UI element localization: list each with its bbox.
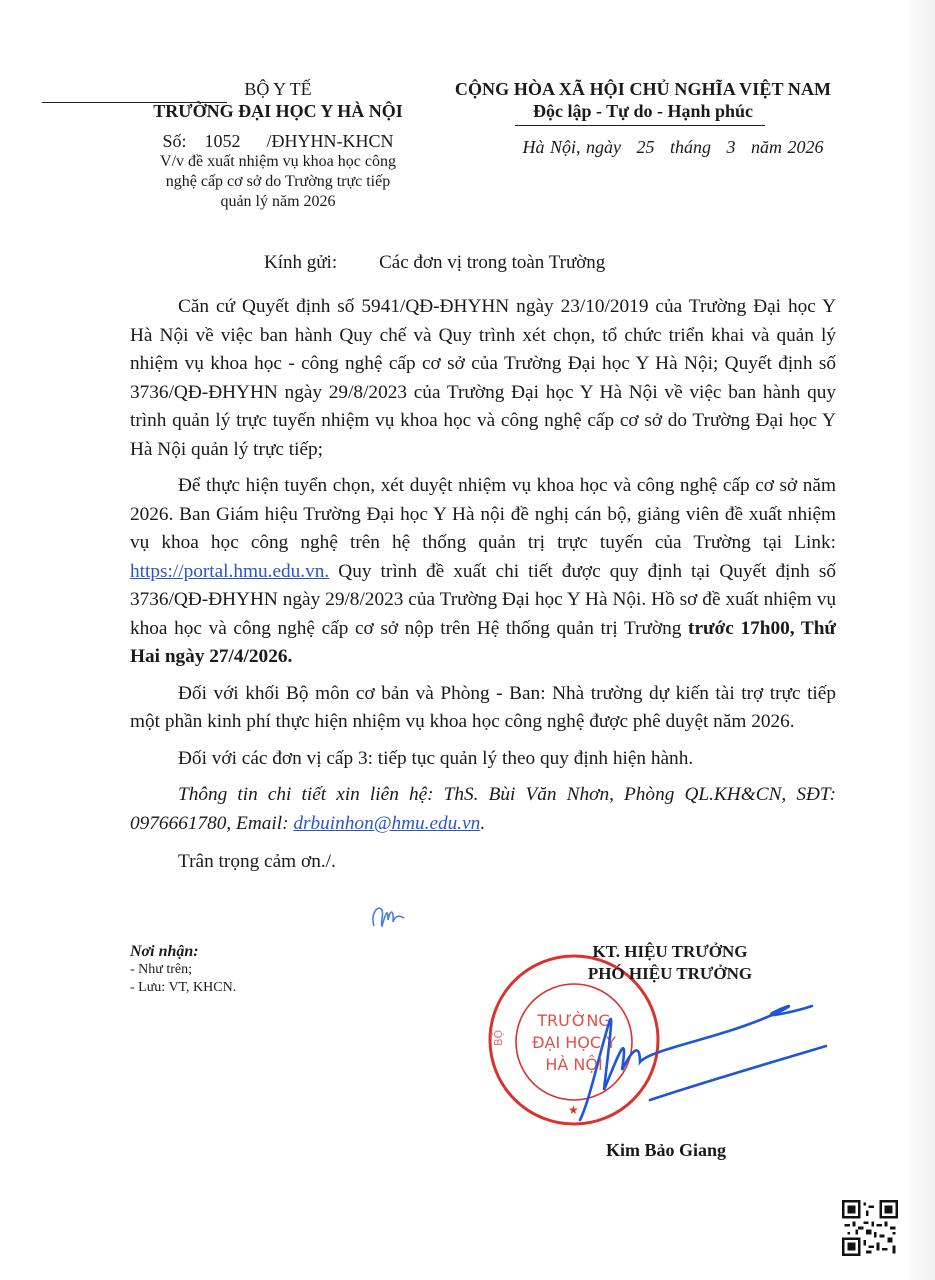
- number-label: Số:: [162, 131, 186, 151]
- date-year: 2026: [788, 137, 824, 157]
- date-year-label: năm: [751, 137, 782, 157]
- recipient-label: Kính gửi:: [264, 252, 337, 273]
- school-name: TRƯỜNG ĐẠI HỌC Y HÀ NỘI: [153, 100, 403, 122]
- national-header: CỘNG HÒA XÃ HỘI CHỦ NGHĨA VIỆT NAM Độc l…: [443, 78, 843, 158]
- subject-line: nghệ cấp cơ sở do Trường trực tiếp: [118, 172, 438, 192]
- subject-line: V/v đề xuất nhiệm vụ khoa học công: [118, 152, 438, 172]
- school-underline: [42, 102, 227, 103]
- number-suffix: /ĐHYHN-KHCN: [267, 131, 394, 151]
- date-day: 25: [636, 137, 654, 157]
- signer-title: KT. HIỆU TRƯỞNG PHÓ HIỆU TRƯỞNG: [540, 941, 800, 985]
- initial-signature-icon: [368, 902, 408, 932]
- ministry-name: BỘ Y TẾ: [118, 78, 438, 100]
- signer-line1: KT. HIỆU TRƯỞNG: [540, 941, 800, 963]
- paragraph-legal-basis: Căn cứ Quyết định số 5941/QĐ-ĐHYHN ngày …: [130, 293, 836, 464]
- date-prefix: Hà Nội, ngày: [522, 137, 621, 157]
- signer-line2: PHÓ HIỆU TRƯỞNG: [540, 963, 800, 985]
- page-edge: [909, 0, 935, 1280]
- date-month: 3: [727, 137, 736, 157]
- qr-code-icon: [842, 1198, 898, 1258]
- closing-thanks: Trân trọng cảm ơn./.: [130, 848, 836, 877]
- contact-email-link[interactable]: drbuinhon@hmu.edu.vn: [293, 813, 480, 834]
- recipient: Kính gửi:Các đơn vị trong toàn Trường: [264, 252, 605, 274]
- paragraph-level3: Đối với các đơn vị cấp 3: tiếp tục quản …: [130, 745, 836, 774]
- svg-text:BỘ: BỘ: [492, 1029, 505, 1046]
- recipient-value: Các đơn vị trong toàn Trường: [379, 252, 605, 273]
- receivers-title: Nơi nhận:: [130, 943, 236, 961]
- receiver-item: - Lưu: VT, KHCN.: [130, 979, 236, 997]
- issuer-header: BỘ Y TẾ TRƯỜNG ĐẠI HỌC Y HÀ NỘI Số:1052/…: [118, 78, 438, 212]
- subject-line: quản lý năm 2026: [118, 192, 438, 212]
- paragraph-contact: Thông tin chi tiết xin liên hệ: ThS. Bùi…: [130, 781, 836, 838]
- letter-body: Căn cứ Quyết định số 5941/QĐ-ĐHYHN ngày …: [130, 293, 836, 885]
- handwritten-signature-icon: [560, 990, 830, 1130]
- number-value: 1052: [205, 130, 241, 152]
- document-number: Số:1052/ĐHYHN-KHCN: [118, 130, 438, 152]
- nation-title: CỘNG HÒA XÃ HỘI CHỦ NGHĨA VIỆT NAM: [443, 78, 843, 100]
- motto-underline: [515, 125, 765, 126]
- issue-date: Hà Nội, ngày 25 tháng 3 năm 2026: [443, 136, 843, 158]
- paragraph-funding: Đối với khối Bộ môn cơ bản và Phòng - Ba…: [130, 680, 836, 737]
- receiver-item: - Như trên;: [130, 961, 236, 979]
- portal-link[interactable]: https://portal.hmu.edu.vn.: [130, 561, 329, 582]
- document-subject: V/v đề xuất nhiệm vụ khoa học công nghệ …: [118, 152, 438, 212]
- date-month-label: tháng: [670, 137, 711, 157]
- receivers-list: Nơi nhận: - Như trên; - Lưu: VT, KHCN.: [130, 943, 236, 997]
- national-motto: Độc lập - Tự do - Hạnh phúc: [533, 100, 753, 122]
- signer-name: Kim Bảo Giang: [546, 1140, 786, 1161]
- paragraph-instructions: Để thực hiện tuyển chọn, xét duyệt nhiệm…: [130, 472, 836, 672]
